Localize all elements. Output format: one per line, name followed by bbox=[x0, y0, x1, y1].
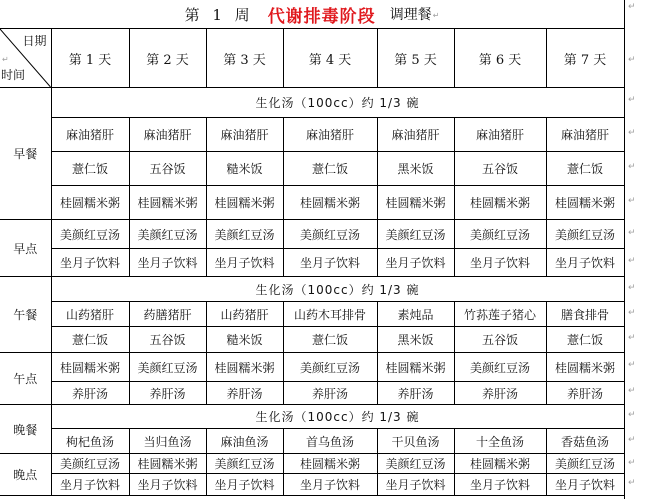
dish-cell: 桂圆糯米粥 bbox=[129, 186, 206, 220]
dish-cell: 养肝汤 bbox=[129, 382, 206, 405]
paragraph-marks-column: ↵↵↵↵↵↵↵↵↵↵↵↵↵↵↵↵↵ bbox=[626, 0, 650, 499]
meal-plan-table: 日期 ↵ 时间 第 1 天第 2 天第 3 天第 4 天第 5 天第 6 天第 … bbox=[0, 28, 625, 496]
dish-cell: 美颜红豆汤 bbox=[454, 220, 546, 249]
paragraph-mark-icon: ↵ bbox=[628, 228, 636, 238]
dish-cell: 薏仁饭 bbox=[51, 152, 129, 186]
dish-cell: 素炖品 bbox=[377, 302, 454, 327]
dish-cell: 桂圆糯米粥 bbox=[51, 353, 129, 382]
paragraph-mark-icon: ↵ bbox=[433, 11, 440, 20]
corner-header-cell: 日期 ↵ 时间 bbox=[0, 29, 51, 88]
dish-cell: 美颜红豆汤 bbox=[377, 454, 454, 474]
dish-cell: 膳食排骨 bbox=[546, 302, 624, 327]
dish-cell: 桂圆糯米粥 bbox=[206, 186, 283, 220]
dish-cell: 美颜红豆汤 bbox=[206, 454, 283, 474]
dish-cell: 麻油猪肝 bbox=[377, 118, 454, 152]
dish-cell: 薏仁饭 bbox=[546, 327, 624, 353]
time-axis-label: 时间 bbox=[1, 66, 25, 83]
paragraph-mark-icon: ↵ bbox=[628, 128, 636, 138]
soup-row: 午餐生化汤（100cc）约 1/3 碗 bbox=[0, 277, 624, 302]
dish-cell: 五谷饭 bbox=[454, 152, 546, 186]
dish-cell: 药膳猪肝 bbox=[129, 302, 206, 327]
paragraph-mark-icon: ↵ bbox=[628, 435, 636, 445]
dish-cell: 首乌鱼汤 bbox=[283, 429, 377, 454]
meal-label-text: 早餐 bbox=[13, 147, 37, 161]
dish-cell: 薏仁饭 bbox=[283, 327, 377, 353]
paragraph-mark-icon: ↵ bbox=[628, 256, 636, 266]
dish-cell: 美颜红豆汤 bbox=[51, 454, 129, 474]
dish-cell: 麻油猪肝 bbox=[454, 118, 546, 152]
table-row: 坐月子饮料坐月子饮料坐月子饮料坐月子饮料坐月子饮料坐月子饮料坐月子饮料 bbox=[0, 474, 624, 496]
dish-cell: 美颜红豆汤 bbox=[377, 220, 454, 249]
dish-cell: 桂圆糯米粥 bbox=[129, 454, 206, 474]
meal-label-morning-snack: 早点 bbox=[0, 220, 51, 277]
table-row: 薏仁饭五谷饭糙米饭薏仁饭黑米饭五谷饭薏仁饭 bbox=[0, 152, 624, 186]
day-header-label: 第 1 天 bbox=[69, 53, 112, 68]
meal-label-text: 晚点 bbox=[13, 468, 37, 482]
dish-cell: 麻油猪肝 bbox=[129, 118, 206, 152]
dish-cell: 五谷饭 bbox=[129, 152, 206, 186]
dish-cell: 桂圆糯米粥 bbox=[377, 353, 454, 382]
dish-cell: 黑米饭 bbox=[377, 152, 454, 186]
dish-cell: 麻油猪肝 bbox=[283, 118, 377, 152]
dish-cell: 糙米饭 bbox=[206, 327, 283, 353]
meal-label-lunch: 午餐 bbox=[0, 277, 51, 353]
dish-cell: 麻油猪肝 bbox=[546, 118, 624, 152]
meal-label-text: 午餐 bbox=[13, 308, 37, 322]
paragraph-mark-icon: ↵ bbox=[2, 55, 9, 64]
day-header-label: 第 5 天 bbox=[394, 53, 437, 68]
dish-cell: 桂圆糯米粥 bbox=[206, 353, 283, 382]
dish-cell: 坐月子饮料 bbox=[546, 249, 624, 277]
dish-cell: 坐月子饮料 bbox=[129, 249, 206, 277]
dish-cell: 桂圆糯米粥 bbox=[546, 353, 624, 382]
table-row: 山药猪肝药膳猪肝山药猪肝山药木耳排骨素炖品竹荪莲子猪心膳食排骨 bbox=[0, 302, 624, 327]
dish-cell: 坐月子饮料 bbox=[377, 249, 454, 277]
table-row: 桂圆糯米粥桂圆糯米粥桂圆糯米粥桂圆糯米粥桂圆糯米粥桂圆糯米粥桂圆糯米粥 bbox=[0, 186, 624, 220]
table-row: 坐月子饮料坐月子饮料坐月子饮料坐月子饮料坐月子饮料坐月子饮料坐月子饮料 bbox=[0, 249, 624, 277]
paragraph-mark-icon: ↵ bbox=[628, 2, 636, 12]
paragraph-mark-icon: ↵ bbox=[628, 333, 636, 343]
dish-cell: 薏仁饭 bbox=[51, 327, 129, 353]
dish-cell: 麻油猪肝 bbox=[51, 118, 129, 152]
soup-note-cell: 生化汤（100cc）约 1/3 碗 bbox=[51, 88, 624, 118]
table-row: 枸杞鱼汤当归鱼汤麻油鱼汤首乌鱼汤干贝鱼汤十全鱼汤香菇鱼汤 bbox=[0, 429, 624, 454]
meal-label-afternoon-snack: 午点 bbox=[0, 353, 51, 405]
week-label: 第 1 周 bbox=[185, 4, 254, 25]
dish-cell: 养肝汤 bbox=[51, 382, 129, 405]
dish-cell: 山药木耳排骨 bbox=[283, 302, 377, 327]
header-row: 日期 ↵ 时间 第 1 天第 2 天第 3 天第 4 天第 5 天第 6 天第 … bbox=[0, 29, 624, 88]
soup-note-text: 生化汤（100cc）约 1/3 碗 bbox=[255, 283, 419, 297]
paragraph-mark-icon: ↵ bbox=[628, 162, 636, 172]
dish-cell: 坐月子饮料 bbox=[377, 474, 454, 496]
day-header-2: 第 2 天 bbox=[129, 29, 206, 88]
day-header-label: 第 7 天 bbox=[564, 53, 607, 68]
table-row: 养肝汤养肝汤养肝汤养肝汤养肝汤养肝汤养肝汤 bbox=[0, 382, 624, 405]
dish-cell: 美颜红豆汤 bbox=[283, 220, 377, 249]
meal-label-text: 晚餐 bbox=[13, 423, 37, 437]
day-header-label: 第 2 天 bbox=[146, 53, 189, 68]
dish-cell: 坐月子饮料 bbox=[454, 249, 546, 277]
dish-cell: 桂圆糯米粥 bbox=[454, 454, 546, 474]
dish-cell: 麻油猪肝 bbox=[206, 118, 283, 152]
dish-cell: 坐月子饮料 bbox=[129, 474, 206, 496]
dish-cell: 坐月子饮料 bbox=[51, 474, 129, 496]
dish-cell: 坐月子饮料 bbox=[283, 249, 377, 277]
dish-cell: 养肝汤 bbox=[206, 382, 283, 405]
dish-cell: 桂圆糯米粥 bbox=[454, 186, 546, 220]
dish-cell: 桂圆糯米粥 bbox=[377, 186, 454, 220]
dish-cell: 养肝汤 bbox=[454, 382, 546, 405]
dish-cell: 坐月子饮料 bbox=[454, 474, 546, 496]
dish-cell: 黑米饭 bbox=[377, 327, 454, 353]
dish-cell: 美颜红豆汤 bbox=[129, 220, 206, 249]
dish-cell: 美颜红豆汤 bbox=[51, 220, 129, 249]
dish-cell: 薏仁饭 bbox=[283, 152, 377, 186]
dish-cell: 美颜红豆汤 bbox=[283, 353, 377, 382]
dish-cell: 枸杞鱼汤 bbox=[51, 429, 129, 454]
table-row: 午点桂圆糯米粥美颜红豆汤桂圆糯米粥美颜红豆汤桂圆糯米粥美颜红豆汤桂圆糯米粥 bbox=[0, 353, 624, 382]
soup-row: 早餐生化汤（100cc）约 1/3 碗 bbox=[0, 88, 624, 118]
phase-label: 代谢排毒阶段 bbox=[268, 2, 376, 27]
table-row: 晚点美颜红豆汤桂圆糯米粥美颜红豆汤桂圆糯米粥美颜红豆汤桂圆糯米粥美颜红豆汤 bbox=[0, 454, 624, 474]
day-header-label: 第 4 天 bbox=[309, 53, 352, 68]
soup-row: 晚餐生化汤（100cc）约 1/3 碗 bbox=[0, 405, 624, 429]
paragraph-mark-icon: ↵ bbox=[628, 458, 636, 468]
dish-cell: 美颜红豆汤 bbox=[454, 353, 546, 382]
meal-label-dinner: 晚餐 bbox=[0, 405, 51, 454]
dish-cell: 薏仁饭 bbox=[546, 152, 624, 186]
paragraph-mark-icon: ↵ bbox=[628, 55, 636, 65]
paragraph-mark-icon: ↵ bbox=[628, 283, 636, 293]
dish-cell: 干贝鱼汤 bbox=[377, 429, 454, 454]
dish-cell: 美颜红豆汤 bbox=[206, 220, 283, 249]
paragraph-mark-icon: ↵ bbox=[628, 478, 636, 488]
dish-cell: 养肝汤 bbox=[283, 382, 377, 405]
soup-note-text: 生化汤（100cc）约 1/3 碗 bbox=[255, 410, 419, 424]
day-header-6: 第 6 天 bbox=[454, 29, 546, 88]
dish-cell: 五谷饭 bbox=[129, 327, 206, 353]
paragraph-mark-icon: ↵ bbox=[628, 308, 636, 318]
dish-cell: 桂圆糯米粥 bbox=[51, 186, 129, 220]
dish-cell: 坐月子饮料 bbox=[206, 474, 283, 496]
dish-cell: 糙米饭 bbox=[206, 152, 283, 186]
table-row: 薏仁饭五谷饭糙米饭薏仁饭黑米饭五谷饭薏仁饭 bbox=[0, 327, 624, 353]
meal-label-breakfast: 早餐 bbox=[0, 88, 51, 220]
meal-label-night-snack: 晚点 bbox=[0, 454, 51, 496]
day-header-3: 第 3 天 bbox=[206, 29, 283, 88]
dish-cell: 桂圆糯米粥 bbox=[546, 186, 624, 220]
day-header-7: 第 7 天 bbox=[546, 29, 624, 88]
dish-cell: 桂圆糯米粥 bbox=[283, 186, 377, 220]
dish-cell: 坐月子饮料 bbox=[546, 474, 624, 496]
soup-note-cell: 生化汤（100cc）约 1/3 碗 bbox=[51, 405, 624, 429]
table-row: 早点美颜红豆汤美颜红豆汤美颜红豆汤美颜红豆汤美颜红豆汤美颜红豆汤美颜红豆汤 bbox=[0, 220, 624, 249]
day-header-4: 第 4 天 bbox=[283, 29, 377, 88]
meal-label-text: 早点 bbox=[13, 242, 37, 256]
dish-cell: 美颜红豆汤 bbox=[129, 353, 206, 382]
dish-cell: 坐月子饮料 bbox=[283, 474, 377, 496]
meal-label-text: 午点 bbox=[13, 372, 37, 386]
dish-cell: 香菇鱼汤 bbox=[546, 429, 624, 454]
dish-cell: 竹荪莲子猪心 bbox=[454, 302, 546, 327]
dish-cell: 养肝汤 bbox=[546, 382, 624, 405]
meal-type-label: 调理餐↵ bbox=[390, 4, 440, 24]
day-header-1: 第 1 天 bbox=[51, 29, 129, 88]
dish-cell: 桂圆糯米粥 bbox=[283, 454, 377, 474]
dish-cell: 当归鱼汤 bbox=[129, 429, 206, 454]
paragraph-mark-icon: ↵ bbox=[628, 95, 636, 105]
dish-cell: 养肝汤 bbox=[377, 382, 454, 405]
dish-cell: 美颜红豆汤 bbox=[546, 454, 624, 474]
day-header-label: 第 6 天 bbox=[479, 53, 522, 68]
paragraph-mark-icon: ↵ bbox=[628, 386, 636, 396]
paragraph-mark-icon: ↵ bbox=[628, 196, 636, 206]
date-axis-label: 日期 bbox=[22, 32, 46, 49]
dish-cell: 山药猪肝 bbox=[51, 302, 129, 327]
soup-note-cell: 生化汤（100cc）约 1/3 碗 bbox=[51, 277, 624, 302]
dish-cell: 五谷饭 bbox=[454, 327, 546, 353]
dish-cell: 坐月子饮料 bbox=[206, 249, 283, 277]
soup-note-text: 生化汤（100cc）约 1/3 碗 bbox=[255, 96, 419, 110]
dish-cell: 山药猪肝 bbox=[206, 302, 283, 327]
paragraph-mark-icon: ↵ bbox=[628, 410, 636, 420]
dish-cell: 坐月子饮料 bbox=[51, 249, 129, 277]
document-title: 第 1 周 代谢排毒阶段 调理餐↵ bbox=[0, 0, 624, 28]
day-header-5: 第 5 天 bbox=[377, 29, 454, 88]
dish-cell: 美颜红豆汤 bbox=[546, 220, 624, 249]
dish-cell: 麻油鱼汤 bbox=[206, 429, 283, 454]
day-header-label: 第 3 天 bbox=[223, 53, 266, 68]
paragraph-mark-icon: ↵ bbox=[628, 360, 636, 370]
table-row: 麻油猪肝麻油猪肝麻油猪肝麻油猪肝麻油猪肝麻油猪肝麻油猪肝 bbox=[0, 118, 624, 152]
dish-cell: 十全鱼汤 bbox=[454, 429, 546, 454]
